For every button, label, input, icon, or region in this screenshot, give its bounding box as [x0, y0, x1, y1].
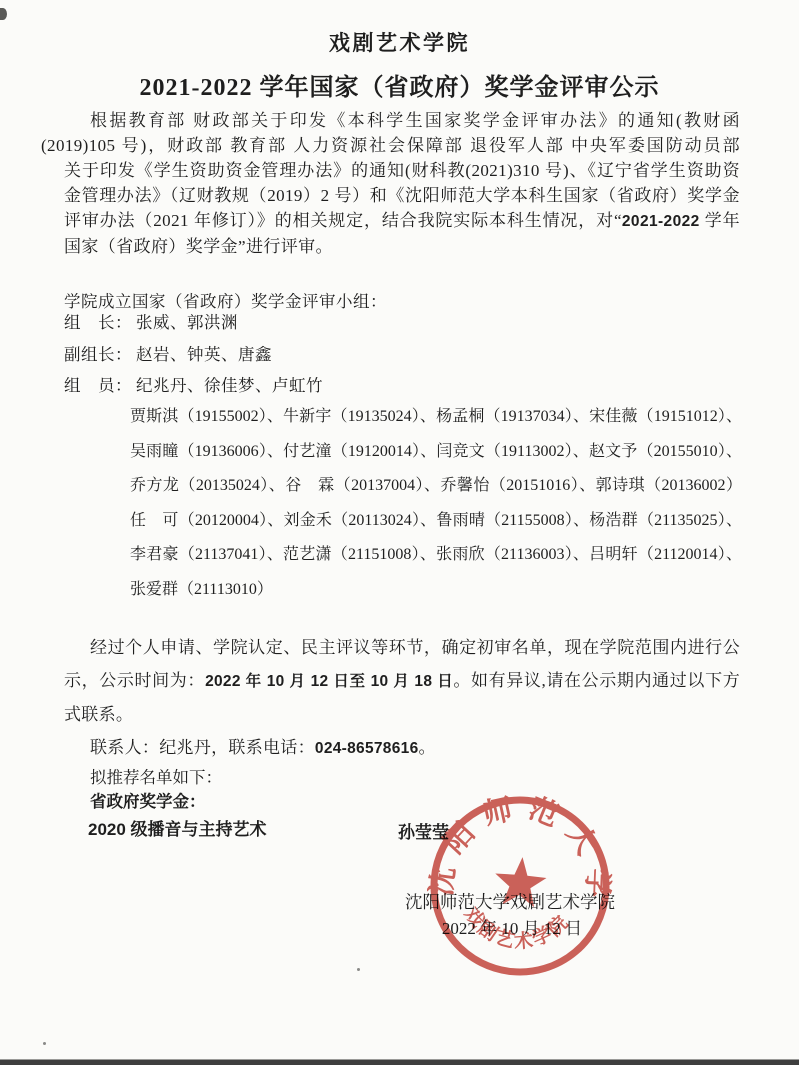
contact-line: 联系人：纪兆丹，联系电话：024-86578616。	[64, 731, 740, 765]
committee-role-label: 组 员：	[64, 370, 136, 402]
notice-line-3: 式联系。	[64, 698, 740, 731]
committee-row-members: 组 员：纪兆丹、徐佳梦、卢虹竹	[64, 370, 323, 402]
seal-star-icon	[493, 855, 548, 908]
intro-line-1: 根据教育部 财政部关于印发《本科学生国家奖学金评审办法》的通知(教财函	[64, 108, 740, 133]
contact-label: 联系人：纪兆丹，联系电话：	[90, 738, 315, 757]
committee-row-deputy: 副组长：赵岩、钟英、唐鑫	[64, 339, 323, 371]
recommendation-category: 省政府奖学金：	[90, 788, 206, 812]
committee-role-names: 张威、郭洪渊	[136, 313, 238, 332]
committee-role-names: 纪兆丹、徐佳梦、卢虹竹	[136, 376, 323, 395]
committee-role-label: 副组长：	[64, 339, 136, 371]
notice-line-2: 示，公示时间为：2022 年 10 月 12 日至 10 月 18 日。如有异议…	[64, 664, 740, 698]
intro-line-4: 金管理办法》（辽财教规（2019）2 号）和《沈阳师范大学本科生国家（省政府）奖…	[64, 183, 740, 208]
member-name-list: 贾斯淇（19155002）、牛新宇（19135024）、杨孟桐（19137034…	[130, 400, 742, 607]
member-list-line: 李君豪（21137041）、范艺潇（21151008）、张雨欣（21136003…	[130, 538, 742, 573]
recommendation-intro: 拟推荐名单如下：	[90, 764, 222, 788]
recommendation-major: 2020 级播音与主持艺术	[88, 815, 267, 840]
member-list-line: 乔方龙（20135024）、谷 霖（20137004）、乔馨怡（20151016…	[130, 469, 742, 504]
committee-row-leader: 组 长：张威、郭洪渊	[64, 307, 323, 339]
intro-line-5: 评审办法（2021 年修订）》的相关规定，结合我院实际本科生情况，对“2021-…	[64, 208, 740, 234]
intro-paragraph: 根据教育部 财政部关于印发《本科学生国家奖学金评审办法》的通知(教财函 (201…	[64, 108, 740, 259]
member-list-line: 张爱群（21113010）	[130, 573, 742, 608]
notice-line-2-tail: 。如有异议,请在公示期内通过以下方	[453, 671, 740, 690]
intro-line-5-text: 评审办法（2021 年修订）》的相关规定，结合我院实际本科生情况，对“	[64, 211, 622, 230]
contact-line-end: 。	[419, 738, 436, 757]
scan-speck	[43, 1042, 46, 1045]
member-list-line: 任 可（20120004）、刘金禾（20113024）、鲁雨晴（21155008…	[130, 504, 742, 539]
seal-bottom-text: 戏剧艺术学院	[457, 901, 575, 958]
intro-line-5-tail: 学年	[700, 211, 740, 230]
committee-role-label: 组 长：	[64, 307, 136, 339]
page-title: 戏剧艺术学院	[0, 27, 799, 57]
intro-line-6: 国家（省政府）奖学金”进行评审。	[64, 234, 740, 259]
notice-line-1: 经过个人申请、学院认定、民主评议等环节，确定初审名单，现在学院范围内进行公	[64, 631, 740, 664]
notice-line-2-text: 示，公示时间为：	[64, 671, 205, 690]
publicity-notice-paragraph: 经过个人申请、学院认定、民主评议等环节，确定初审名单，现在学院范围内进行公 示，…	[64, 631, 740, 765]
page-subtitle: 2021-2022 学年国家（省政府）奖学金评审公示	[0, 67, 799, 102]
intro-line-2: (2019)105 号)，财政部 教育部 人力资源社会保障部 退役军人部 中央军…	[41, 133, 740, 158]
member-list-line: 吴雨瞳（19136006）、付艺潼（19120014）、闫竞文（19113002…	[130, 435, 742, 470]
document-page: 戏剧艺术学院 2021-2022 学年国家（省政府）奖学金评审公示 根据教育部 …	[0, 0, 799, 1065]
member-list-line: 贾斯淇（19155002）、牛新宇（19135024）、杨孟桐（19137034…	[130, 400, 742, 435]
publicity-date-range: 2022 年 10 月 12 日至 10 月 18 日	[205, 673, 453, 690]
contact-phone-number: 024-86578616	[315, 740, 419, 757]
scan-speck	[357, 968, 360, 971]
scan-corner-artifact	[0, 8, 7, 20]
committee-role-names: 赵岩、钟英、唐鑫	[136, 345, 272, 364]
scan-edge-strip	[0, 1059, 799, 1065]
intro-line-5-year: 2021-2022	[622, 213, 700, 230]
intro-line-3: 关于印发《学生资助资金管理办法》的通知(财科教(2021)310 号)、《辽宁省…	[64, 158, 740, 183]
official-seal-stamp: 沈阳师范大学 戏剧艺术学院	[427, 793, 613, 979]
committee-rows: 组 长：张威、郭洪渊 副组长：赵岩、钟英、唐鑫 组 员：纪兆丹、徐佳梦、卢虹竹	[64, 307, 323, 402]
